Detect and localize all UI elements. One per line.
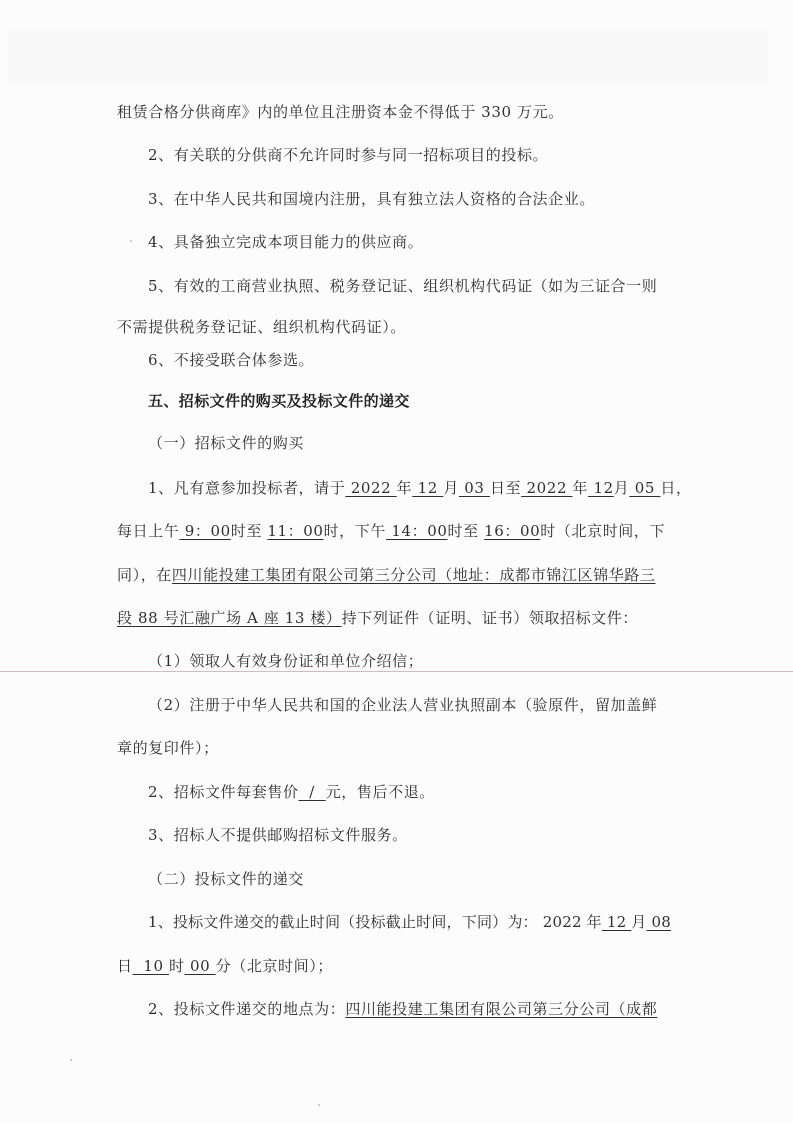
scan-speck — [318, 1104, 320, 1106]
para-registered-capital-cont: 租赁合格分供商库》内的单位且注册资本金不得低于 330 万元。 — [117, 101, 677, 123]
deadline-hour: 10 — [133, 957, 169, 975]
text: 3、招标人不提供邮购招标文件服务。 — [148, 826, 408, 844]
para-requirement-1-id: （1）领取人有效身份证和单位介绍信； — [148, 650, 708, 672]
text: 时至 — [231, 522, 268, 540]
text: （二）投标文件的递交 — [148, 870, 304, 888]
text: 持下列证件（证明、证书）领取招标文件： — [342, 609, 638, 627]
text: 时 — [169, 957, 185, 975]
document-page: 租赁合格分供商库》内的单位且注册资本金不得低于 330 万元。 2、有关联的分供… — [0, 0, 793, 1123]
subsection-heading-1-purchase: （一）招标文件的购买 — [148, 432, 708, 454]
scan-artifact-band — [8, 30, 768, 85]
text: 2、招标文件每套售价 — [148, 783, 299, 801]
pm-end-time: 16：00 — [484, 522, 540, 540]
text: 时，下午 — [324, 522, 386, 540]
text: 1、投标文件递交的截止时间（投标截止时间，下同）为： 2022 年 — [148, 913, 602, 931]
para-submission-deadline: 1、投标文件递交的截止时间（投标截止时间，下同）为： 2022 年 12 月 0… — [148, 911, 708, 933]
end-month: 12 — [588, 479, 614, 497]
text: 日 — [117, 957, 133, 975]
text: 不需提供税务登记证、组织机构代码证）。 — [117, 318, 406, 336]
submission-address: 四川能投建工集团有限公司第三分公司（成都 — [345, 1000, 657, 1018]
text: 年 — [572, 479, 588, 497]
para-document-price: 2、招标文件每套售价 / 元，售后不退。 — [148, 781, 708, 803]
price-value: / — [299, 783, 326, 801]
para-item-5-licenses: 5、有效的工商营业执照、税务登记证、组织机构代码证（如为三证合一则 — [148, 275, 708, 297]
para-purchase-dates: 1、凡有意参加投标者，请于 2022 年 12 月 03 日至 2022 年 1… — [148, 477, 708, 499]
text: 月 — [443, 479, 459, 497]
purchase-address-cont: 段 88 号汇融广场 A 座 13 楼） — [117, 609, 342, 627]
scan-speck — [70, 1059, 72, 1061]
text: （2）注册于中华人民共和国的企业法人营业执照副本（验原件，留加盖鲜 — [148, 696, 657, 714]
para-requirement-2-license: （2）注册于中华人民共和国的企业法人营业执照副本（验原件，留加盖鲜 — [148, 694, 708, 716]
deadline-month: 12 — [602, 913, 631, 931]
section-heading-5: 五、招标文件的购买及投标文件的递交 — [148, 390, 708, 412]
text: （1）领取人有效身份证和单位介绍信； — [148, 652, 423, 670]
text: 日至 — [490, 479, 521, 497]
text: 1、凡有意参加投标者，请于 — [148, 479, 345, 497]
subsection-heading-2-submission: （二）投标文件的递交 — [148, 868, 708, 890]
end-year: 2022 — [521, 479, 572, 497]
text: 时至 — [448, 522, 485, 540]
para-requirement-2-license-cont: 章的复印件）； — [117, 737, 677, 759]
am-end-time: 11：00 — [267, 522, 323, 540]
para-item-3-registration: 3、在中华人民共和国境内注册，具有独立法人资格的合法企业。 — [148, 188, 708, 210]
deadline-day: 08 — [647, 913, 671, 931]
para-submission-location: 2、投标文件递交的地点为：四川能投建工集团有限公司第三分公司（成都 — [148, 998, 708, 1020]
text: （一）招标文件的购买 — [148, 434, 304, 452]
text: 同），在 — [117, 566, 172, 584]
page-divider-line — [0, 671, 793, 672]
end-day: 05 — [629, 479, 660, 497]
text: 年 — [397, 479, 413, 497]
deadline-minute: 00 — [185, 957, 216, 975]
text: 每日上午 — [117, 522, 179, 540]
text: 3、在中华人民共和国境内注册，具有独立法人资格的合法企业。 — [148, 190, 595, 208]
start-year: 2022 — [345, 479, 396, 497]
text: 元，售后不退。 — [326, 783, 435, 801]
am-start-time: 9：00 — [179, 522, 230, 540]
text: 月 — [614, 479, 630, 497]
heading-text: 五、招标文件的购买及投标文件的递交 — [148, 392, 410, 410]
pm-start-time: 14：00 — [386, 522, 448, 540]
para-purchase-location: 同），在四川能投建工集团有限公司第三分公司（地址：成都市锦江区锦华路三 — [117, 564, 677, 586]
para-item-4-capability: 4、具备独立完成本项目能力的供应商。 — [148, 231, 708, 253]
para-item-5-licenses-cont: 不需提供税务登记证、组织机构代码证）。 — [117, 316, 677, 338]
scan-speck — [130, 240, 132, 242]
para-purchase-location-cont: 段 88 号汇融广场 A 座 13 楼）持下列证件（证明、证书）领取招标文件： — [117, 607, 677, 629]
para-no-mail-order: 3、招标人不提供邮购招标文件服务。 — [148, 824, 708, 846]
text: 2、有关联的分供商不允许同时参与同一招标项目的投标。 — [148, 146, 548, 164]
text: 6、不接受联合体参选。 — [148, 351, 314, 369]
text: 分（北京时间）； — [216, 957, 333, 975]
text: 2、投标文件递交的地点为： — [148, 1000, 345, 1018]
text: 月 — [631, 913, 646, 931]
text: 4、具备独立完成本项目能力的供应商。 — [148, 233, 423, 251]
para-purchase-hours: 每日上午 9：00时至 11：00时，下午 14：00时至 16：00时（北京时… — [117, 520, 677, 542]
text: 租赁合格分供商库》内的单位且注册资本金不得低于 330 万元。 — [117, 103, 564, 121]
para-item-6-no-consortium: 6、不接受联合体参选。 — [148, 349, 708, 371]
purchase-address: 四川能投建工集团有限公司第三分公司（地址：成都市锦江区锦华路三 — [172, 566, 656, 584]
text: 时（北京时间，下 — [540, 522, 665, 540]
start-month: 12 — [412, 479, 443, 497]
text: 章的复印件）； — [117, 739, 219, 757]
text: 5、有效的工商营业执照、税务登记证、组织机构代码证（如为三证合一则 — [148, 277, 657, 295]
start-day: 03 — [459, 479, 490, 497]
text: 日， — [660, 479, 691, 497]
para-item-2-related-suppliers: 2、有关联的分供商不允许同时参与同一招标项目的投标。 — [148, 144, 708, 166]
para-submission-deadline-cont: 日 10 时 00 分（北京时间）； — [117, 955, 677, 977]
